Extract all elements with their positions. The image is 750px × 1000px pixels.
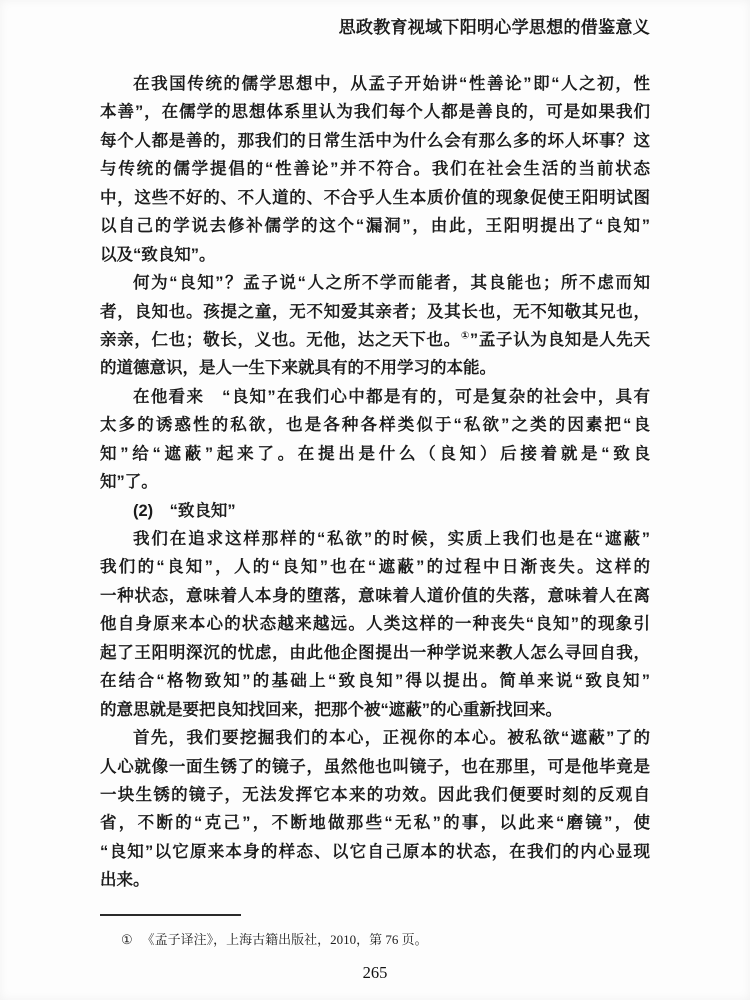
- text-line: 在他看来 “良知”在我们心中都是有的，可是复杂的社会中，具有: [100, 383, 650, 411]
- text-line: 知”给“遮蔽”起来了。在提出是什么（良知）后接着就是“致良: [100, 440, 650, 468]
- body-text: 在我国传统的儒学思想中，从孟子开始讲“性善论”即“人之初，性本善”，在儒学的思想…: [100, 70, 650, 895]
- text-line: 者，良知也。孩提之童，无不知爱其亲者；及其长也，无不知敬其兄也，: [100, 298, 650, 326]
- text-line: 人心就像一面生锈了的镜子，虽然他也叫镜子，也在那里，可是他毕竟是: [100, 753, 650, 781]
- text-line: 的道德意识，是人一生下来就具有的不用学习的本能。: [100, 354, 650, 382]
- text-line: 省，不断的“克己”，不断地做那些“无私”的事，以此来“磨镜”，使: [100, 809, 650, 837]
- text-line: 首先，我们要挖掘我们的本心，正视你的本心。被私欲“遮蔽”了的: [100, 724, 650, 752]
- footnote-ref-marker: ①: [461, 330, 470, 341]
- paragraph: 何为“良知”？孟子说“人之所不学而能者，其良能也；所不虑而知者，良知也。孩提之童…: [100, 269, 650, 383]
- thesis-page: 思政教育视域下阳明心学思想的借鉴意义 在我国传统的儒学思想中，从孟子开始讲“性善…: [0, 0, 750, 1000]
- text-line: 我们的“良知”，人的“良知”也在“遮蔽”的过程中日渐丧失。这样的: [100, 553, 650, 581]
- section-heading: (2) “致良知”: [100, 497, 650, 525]
- footnote-separator: [100, 914, 241, 916]
- text-line: 在结合“格物致知”的基础上“致良知”得以提出。简单来说“致良知”: [100, 667, 650, 695]
- text-line: 起了王阳明深沉的忧虑，由此他企图提出一种学说来教人怎么寻回自我，: [100, 639, 650, 667]
- text-line: 以自己的学说去修补儒学的这个“漏洞”，由此，王阳明提出了“良知”: [100, 212, 650, 240]
- text-line: 出来。: [100, 866, 650, 894]
- footnote: ①《孟子译注》，上海古籍出版社，2010，第 76 页。: [121, 929, 428, 948]
- footnote-marker: ①: [121, 932, 133, 947]
- text-line: 知”了。: [100, 468, 650, 496]
- text-line: 太多的诱惑性的私欲，也是各种各样类似于“私欲”之类的因素把“良: [100, 411, 650, 439]
- text-line: 他自身原来本心的状态越来越远。人类这样的一种丧失“良知”的现象引: [100, 610, 650, 638]
- text-line: 的意思就是要把良知找回来，把那个被“遮蔽”的心重新找回来。: [100, 696, 650, 724]
- text-line: 在我国传统的儒学思想中，从孟子开始讲“性善论”即“人之初，性: [100, 70, 650, 98]
- text-line: 我们在追求这样那样的“私欲”的时候，实质上我们也是在“遮蔽”: [100, 525, 650, 553]
- text-line: 一块生锈的镜子，无法发挥它本来的功效。因此我们便要时刻的反观自: [100, 781, 650, 809]
- paragraph: 首先，我们要挖掘我们的本心，正视你的本心。被私欲“遮蔽”了的人心就像一面生锈了的…: [100, 724, 650, 895]
- text-line: 何为“良知”？孟子说“人之所不学而能者，其良能也；所不虑而知: [100, 269, 650, 297]
- text-line: 一种状态，意味着人本身的堕落，意味着人道价值的失落，意味着人在离: [100, 582, 650, 610]
- text-line: 每个人都是善的，那我们的日常生活中为什么会有那么多的坏人坏事？这: [100, 127, 650, 155]
- paragraph: 我们在追求这样那样的“私欲”的时候，实质上我们也是在“遮蔽”我们的“良知”，人的…: [100, 525, 650, 724]
- paragraph: 在我国传统的儒学思想中，从孟子开始讲“性善论”即“人之初，性本善”，在儒学的思想…: [100, 70, 650, 269]
- footnote-text: 《孟子译注》，上海古籍出版社，2010，第 76 页。: [142, 932, 428, 947]
- running-header: 思政教育视域下阳明心学思想的借鉴意义: [339, 13, 650, 38]
- page-number: 265: [0, 963, 750, 983]
- text-line: (2) “致良知”: [100, 497, 650, 525]
- text-line: 与传统的儒学提倡的“性善论”并不符合。我们在社会生活的当前状态: [100, 155, 650, 183]
- text-line: 本善”，在儒学的思想体系里认为我们每个人都是善良的，可是如果我们: [100, 98, 650, 126]
- text-line: 中，这些不好的、不人道的、不合乎人生本质价值的现象促使王阳明试图: [100, 184, 650, 212]
- paragraph: 在他看来 “良知”在我们心中都是有的，可是复杂的社会中，具有太多的诱惑性的私欲，…: [100, 383, 650, 497]
- text-line: “良知”以它原来本身的样态、以它自己原本的状态，在我们的内心显现: [100, 838, 650, 866]
- text-line: 亲亲，仁也；敬长，义也。无他，达之天下也。①”孟子认为良知是人先天: [100, 326, 650, 354]
- text-line: 以及“致良知”。: [100, 241, 650, 269]
